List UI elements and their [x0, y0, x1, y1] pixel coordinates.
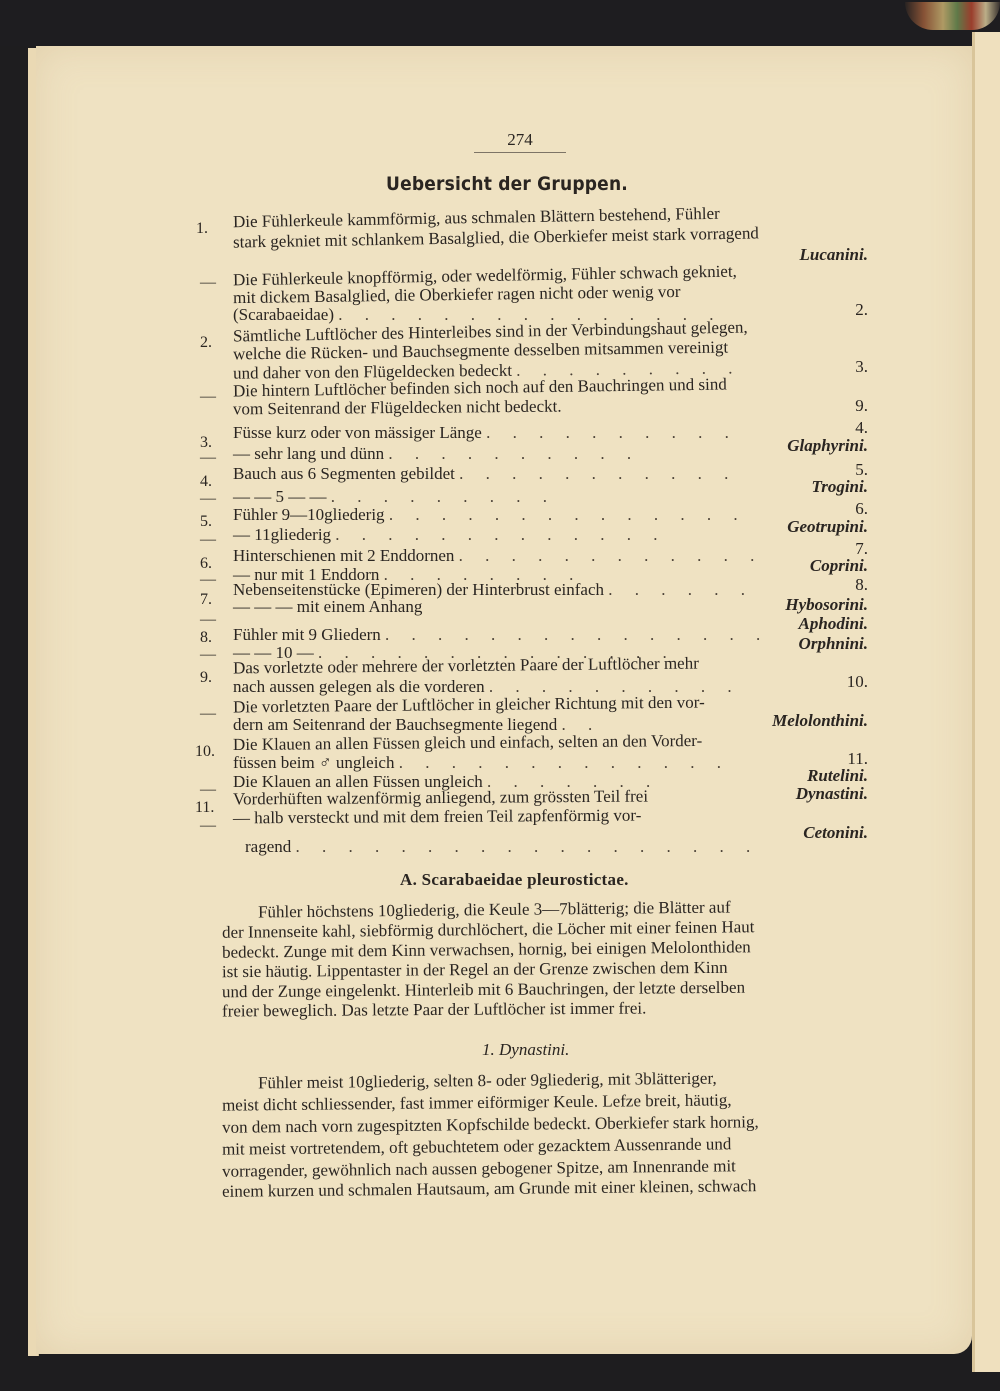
leader-dots: . . . . . . . . .	[331, 487, 556, 506]
key-text: dern am Seitenrand der Bauchsegmente lie…	[233, 715, 557, 734]
key-number: —	[200, 816, 216, 836]
key-line: — — — mit einem Anhang	[233, 597, 422, 617]
key-line: Die Klauen an allen Füssen gleich und ei…	[233, 731, 702, 755]
paragraph-line: freier beweglich. Das letzte Paar der Lu…	[222, 998, 646, 1023]
key-text: Fühler mit 9 Gliedern	[233, 625, 381, 644]
key-number: —	[200, 645, 216, 665]
key-result-taxon: Aphodini.	[700, 614, 868, 634]
leader-dots: . . . . . . . . . . . . . .	[389, 505, 747, 524]
book-background-top	[0, 0, 1000, 46]
key-number: —	[200, 530, 216, 550]
leader-dots: . . . . . . . . . . . . . . . . . .	[296, 837, 760, 856]
key-result-taxon: Hybosorini.	[700, 595, 868, 615]
key-line: — — 5 — — . . . . . . . . .	[233, 487, 556, 507]
key-result-ref: 6.	[800, 499, 868, 519]
key-number: 10.	[195, 742, 215, 762]
leader-dots: . . . . . . . . . . . . .	[399, 753, 730, 772]
key-number: 2.	[200, 333, 212, 353]
key-line: — sehr lang und dünn . . . . . . . . . .	[233, 444, 640, 464]
key-number: —	[200, 570, 216, 590]
key-result-taxon: Orphnini.	[700, 634, 868, 654]
key-number: —	[200, 387, 216, 407]
key-line: — halb versteckt und mit dem freien Teil…	[233, 806, 642, 829]
key-text: — 11gliederig	[233, 525, 331, 544]
key-number: 5.	[200, 512, 212, 532]
key-result-taxon: Cetonini.	[700, 823, 868, 843]
key-text: nach aussen gelegen als die vorderen	[233, 677, 485, 696]
key-number: —	[200, 489, 216, 509]
leader-dots: . . . . . . . . . . .	[459, 464, 737, 483]
page-title: Uebersicht der Gruppen.	[386, 173, 628, 195]
key-result-taxon: Trogini.	[700, 477, 868, 497]
key-result-ref: 9.	[800, 396, 868, 416]
key-result-ref: 4.	[800, 418, 868, 438]
key-text: (Scarabaeidae)	[233, 305, 334, 324]
key-line: Bauch aus 6 Segmenten gebildet . . . . .…	[233, 464, 737, 484]
key-number: —	[200, 610, 216, 630]
key-number: 7.	[200, 590, 212, 610]
key-text: Fühler 9—10gliederig	[233, 505, 385, 524]
key-result-taxon: Rutelini.	[700, 766, 868, 786]
key-number: —	[200, 704, 216, 724]
key-text: Füsse kurz oder von mässiger Länge	[233, 423, 482, 442]
key-result-ref: 3.	[800, 357, 868, 377]
key-number: —	[200, 273, 216, 293]
key-line: vom Seitenrand der Flügeldecken nicht be…	[233, 397, 562, 420]
key-line: ragend . . . . . . . . . . . . . . . . .…	[245, 837, 759, 857]
leader-dots: . . . . . . . . . . . . .	[335, 525, 666, 544]
key-result-taxon: Melolonthini.	[700, 711, 868, 731]
page-number: 274	[495, 130, 545, 150]
key-line: — 11gliederig . . . . . . . . . . . . .	[233, 525, 667, 545]
key-result-taxon: Coprini.	[700, 556, 868, 576]
key-line: Fühler mit 9 Gliedern . . . . . . . . . …	[233, 625, 769, 645]
key-text: Hinterschienen mit 2 Enddornen	[233, 546, 454, 565]
key-result-taxon: Dynastini.	[700, 784, 868, 804]
key-number: 1.	[196, 219, 208, 239]
key-text: — sehr lang und dünn	[233, 444, 384, 463]
key-line: füssen beim ♂ ungleich . . . . . . . . .…	[233, 753, 730, 773]
facing-page-edge	[972, 32, 1000, 1372]
key-result-ref: 8.	[800, 575, 868, 595]
key-number: —	[200, 448, 216, 468]
key-line: Füsse kurz oder von mässiger Länge . . .…	[233, 423, 738, 443]
key-line: Hinterschienen mit 2 Enddornen . . . . .…	[233, 546, 763, 566]
book-spine-headband	[905, 2, 1000, 30]
key-number: 9.	[200, 668, 212, 688]
leader-dots: . . . . . . . . . .	[388, 444, 640, 463]
key-result-taxon: Glaphyrini.	[700, 436, 868, 456]
section-heading: A. Scarabaeidae pleurostictae.	[400, 870, 629, 890]
key-number: 11.	[195, 798, 214, 818]
key-text: — — 5 — —	[233, 487, 327, 506]
key-result-ref: 2.	[800, 300, 868, 320]
key-text: füssen beim ♂ ungleich	[233, 753, 394, 772]
key-result-ref: 10.	[800, 672, 868, 692]
subsection-heading: 1. Dynastini.	[482, 1040, 569, 1060]
key-line: Fühler 9—10gliederig . . . . . . . . . .…	[233, 505, 747, 525]
key-text: ragend	[245, 837, 291, 856]
key-result-taxon: Geotrupini.	[700, 517, 868, 537]
page-number-rule	[474, 152, 566, 153]
key-text: Bauch aus 6 Segmenten gebildet	[233, 464, 455, 483]
key-number: —	[200, 780, 216, 800]
